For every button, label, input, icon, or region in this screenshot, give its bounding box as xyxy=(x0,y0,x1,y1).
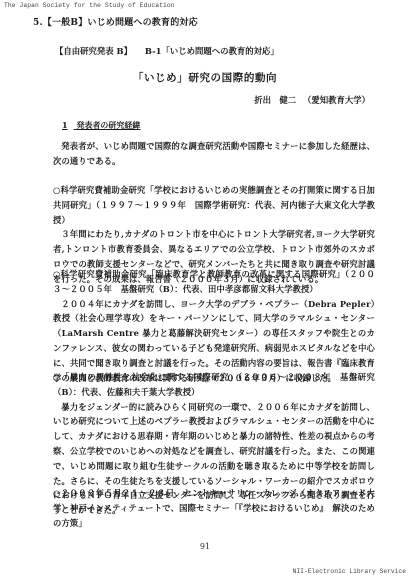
section-heading-text: 発表者の研究経緯 xyxy=(76,120,140,130)
author-affiliation: （愛知教育大学） xyxy=(303,95,370,105)
intro-paragraph: 発表者が、いじめ問題で国際的な調査研究活動や国際セミナーに参加した経歴は、次の通… xyxy=(53,139,375,169)
library-service-footer: NII-Electronic Library Service xyxy=(293,568,406,575)
intro-text: 発表者が、いじめ問題で国際的な調査研究活動や国際セミナーに参加した経歴は、次の通… xyxy=(53,139,375,169)
session-topic: B-1「いじめ問題への教育的対応」 xyxy=(145,46,279,56)
session-label: 【自由研究発表 B】 xyxy=(55,46,132,56)
research-item-head: ○「暴力の男性性と社会化に関する国際研究」（２００６〜２００８年 基盤研究（B）… xyxy=(53,370,375,400)
research-item-head: ○２００３年５月２１〜２３日、セントキャサリン・カレッジ（オクスフォード大学）神… xyxy=(53,486,375,530)
page-number: 91 xyxy=(0,542,410,551)
research-item-2: ○科学研究費補助金研究「臨床教育学と教師教育の改革に関する国際研究」（２００３〜… xyxy=(53,267,375,385)
session-heading: 【自由研究発表 B】 B-1「いじめ問題への教育的対応」 xyxy=(55,45,279,57)
society-header: The Japan Society for the Study of Educa… xyxy=(4,2,175,9)
section-title: 5.【一般B】いじめ問題への教育的対応 xyxy=(33,15,198,28)
research-item-head: ○科学研究費補助金研究「臨床教育学と教師教育の改革に関する国際研究」（２００３〜… xyxy=(53,267,375,297)
author-name: 折出 健二 xyxy=(254,95,296,105)
research-item-4: ○２００３年５月２１〜２３日、セントキャサリン・カレッジ（オクスフォード大学）神… xyxy=(53,486,375,530)
paper-title: 「いじめ」研究の国際的動向 xyxy=(0,70,410,85)
research-item-head: ○科学研究費補助金研究「学校におけるいじめの実態調査とその打開策に関する日加共同… xyxy=(53,183,375,227)
section-heading: 1 発表者の研究経緯 xyxy=(62,120,140,131)
author-line: 折出 健二 （愛知教育大学） xyxy=(254,94,370,106)
section-number: 1 xyxy=(62,120,68,130)
